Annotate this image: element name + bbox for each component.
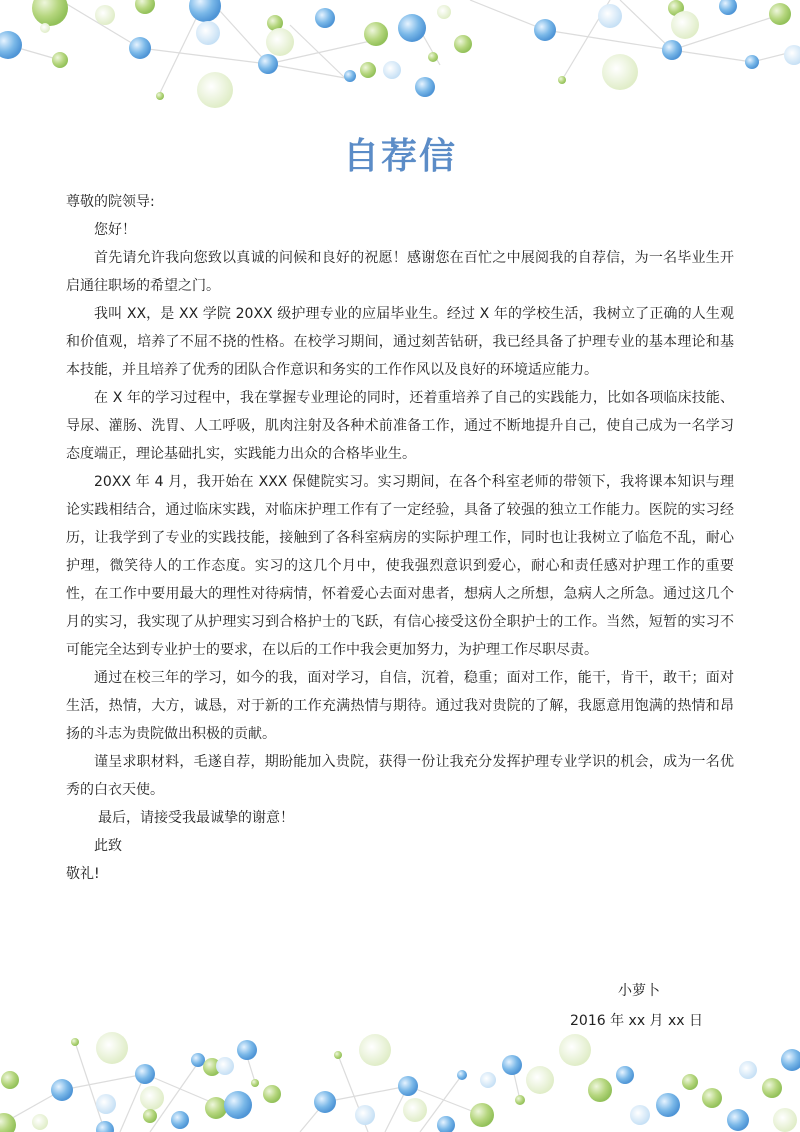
closing-thanks: 最后，请接受我最诚挚的谢意！ — [66, 804, 734, 832]
paragraph-4: 20XX 年 4 月，我开始在 XXX 保健院实习。实习期间，在各个科室老师的带… — [66, 468, 734, 664]
molecule-decoration-bottom — [0, 1020, 800, 1132]
closing-ci-zhi: 此致 — [66, 832, 734, 860]
page-title: 自荐信 — [0, 128, 800, 179]
paragraph-6: 谨呈求职材料，毛遂自荐，期盼能加入贵院，获得一份让我充分发挥护理专业学识的机会，… — [66, 748, 734, 804]
paragraph-1: 首先请允许我向您致以真诚的问候和良好的祝愿！感谢您在百忙之中展阅我的自荐信，为一… — [66, 244, 734, 300]
paragraph-2: 我叫 XX，是 XX 学院 20XX 级护理专业的应届毕业生。经过 X 年的学校… — [66, 300, 734, 384]
molecule-decoration-top — [0, 0, 800, 110]
greeting: 您好！ — [66, 216, 734, 244]
paragraph-5: 通过在校三年的学习，如今的我，面对学习，自信，沉着，稳重；面对工作，能干，肯干，… — [66, 664, 734, 748]
paragraph-3: 在 X 年的学习过程中，我在掌握专业理论的同时，还着重培养了自己的实践能力，比如… — [66, 384, 734, 468]
closing-jing-li: 敬礼! — [66, 860, 734, 888]
letter-body: 尊敬的院领导: 您好！ 首先请允许我向您致以真诚的问候和良好的祝愿！感谢您在百忙… — [66, 188, 734, 888]
salutation: 尊敬的院领导: — [66, 188, 734, 216]
signature-name: 小萝卜 — [570, 976, 740, 1006]
